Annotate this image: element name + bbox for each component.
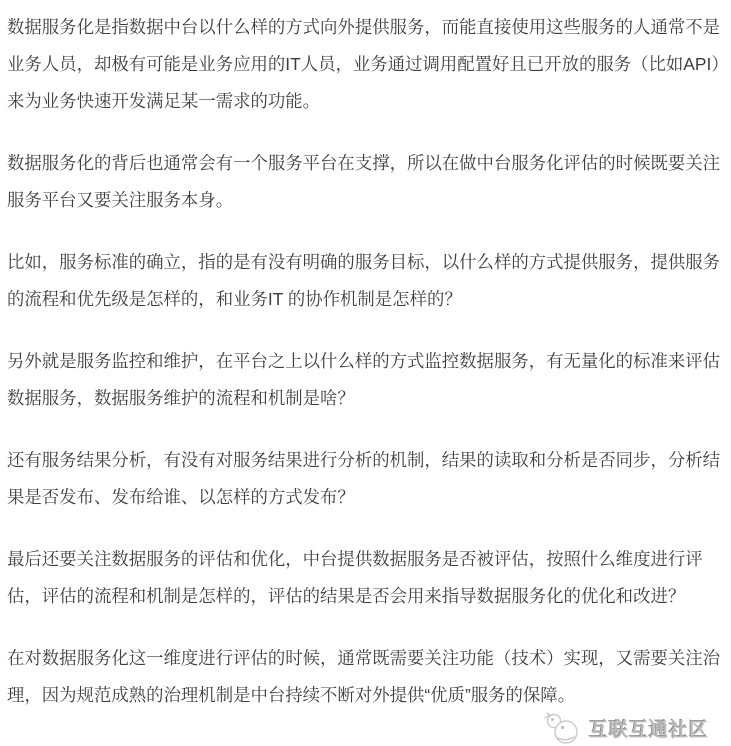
paragraph-7: 在对数据服务化这一维度进行评估的时候，通常既需要关注功能（技术）实现，又需要关注… xyxy=(7,640,724,714)
paragraph-6: 最后还要关注数据服务的评估和优化，中台提供数据服务是否被评估，按照什么维度进行评… xyxy=(7,541,724,615)
paragraph-1: 数据服务化是指数据中台以什么样的方式向外提供服务，而能直接使用这些服务的人通常不… xyxy=(7,9,724,120)
paragraph-5: 还有服务结果分析，有没有对服务结果进行分析的机制，结果的读取和分析是否同步，分析… xyxy=(7,442,724,516)
article-body: 数据服务化是指数据中台以什么样的方式向外提供服务，而能直接使用这些服务的人通常不… xyxy=(0,0,731,714)
paragraph-3: 比如，服务标准的确立，指的是有没有明确的服务目标，以什么样的方式提供服务，提供服… xyxy=(7,244,724,318)
paragraph-2: 数据服务化的背后也通常会有一个服务平台在支撑，所以在做中台服务化评估的时候既要关… xyxy=(7,145,724,219)
watermark-label: 互联互通社区 xyxy=(589,715,709,742)
doves-logo-icon xyxy=(543,710,581,746)
paragraph-4: 另外就是服务监控和维护，在平台之上以什么样的方式监控数据服务，有无量化的标准来评… xyxy=(7,343,724,417)
